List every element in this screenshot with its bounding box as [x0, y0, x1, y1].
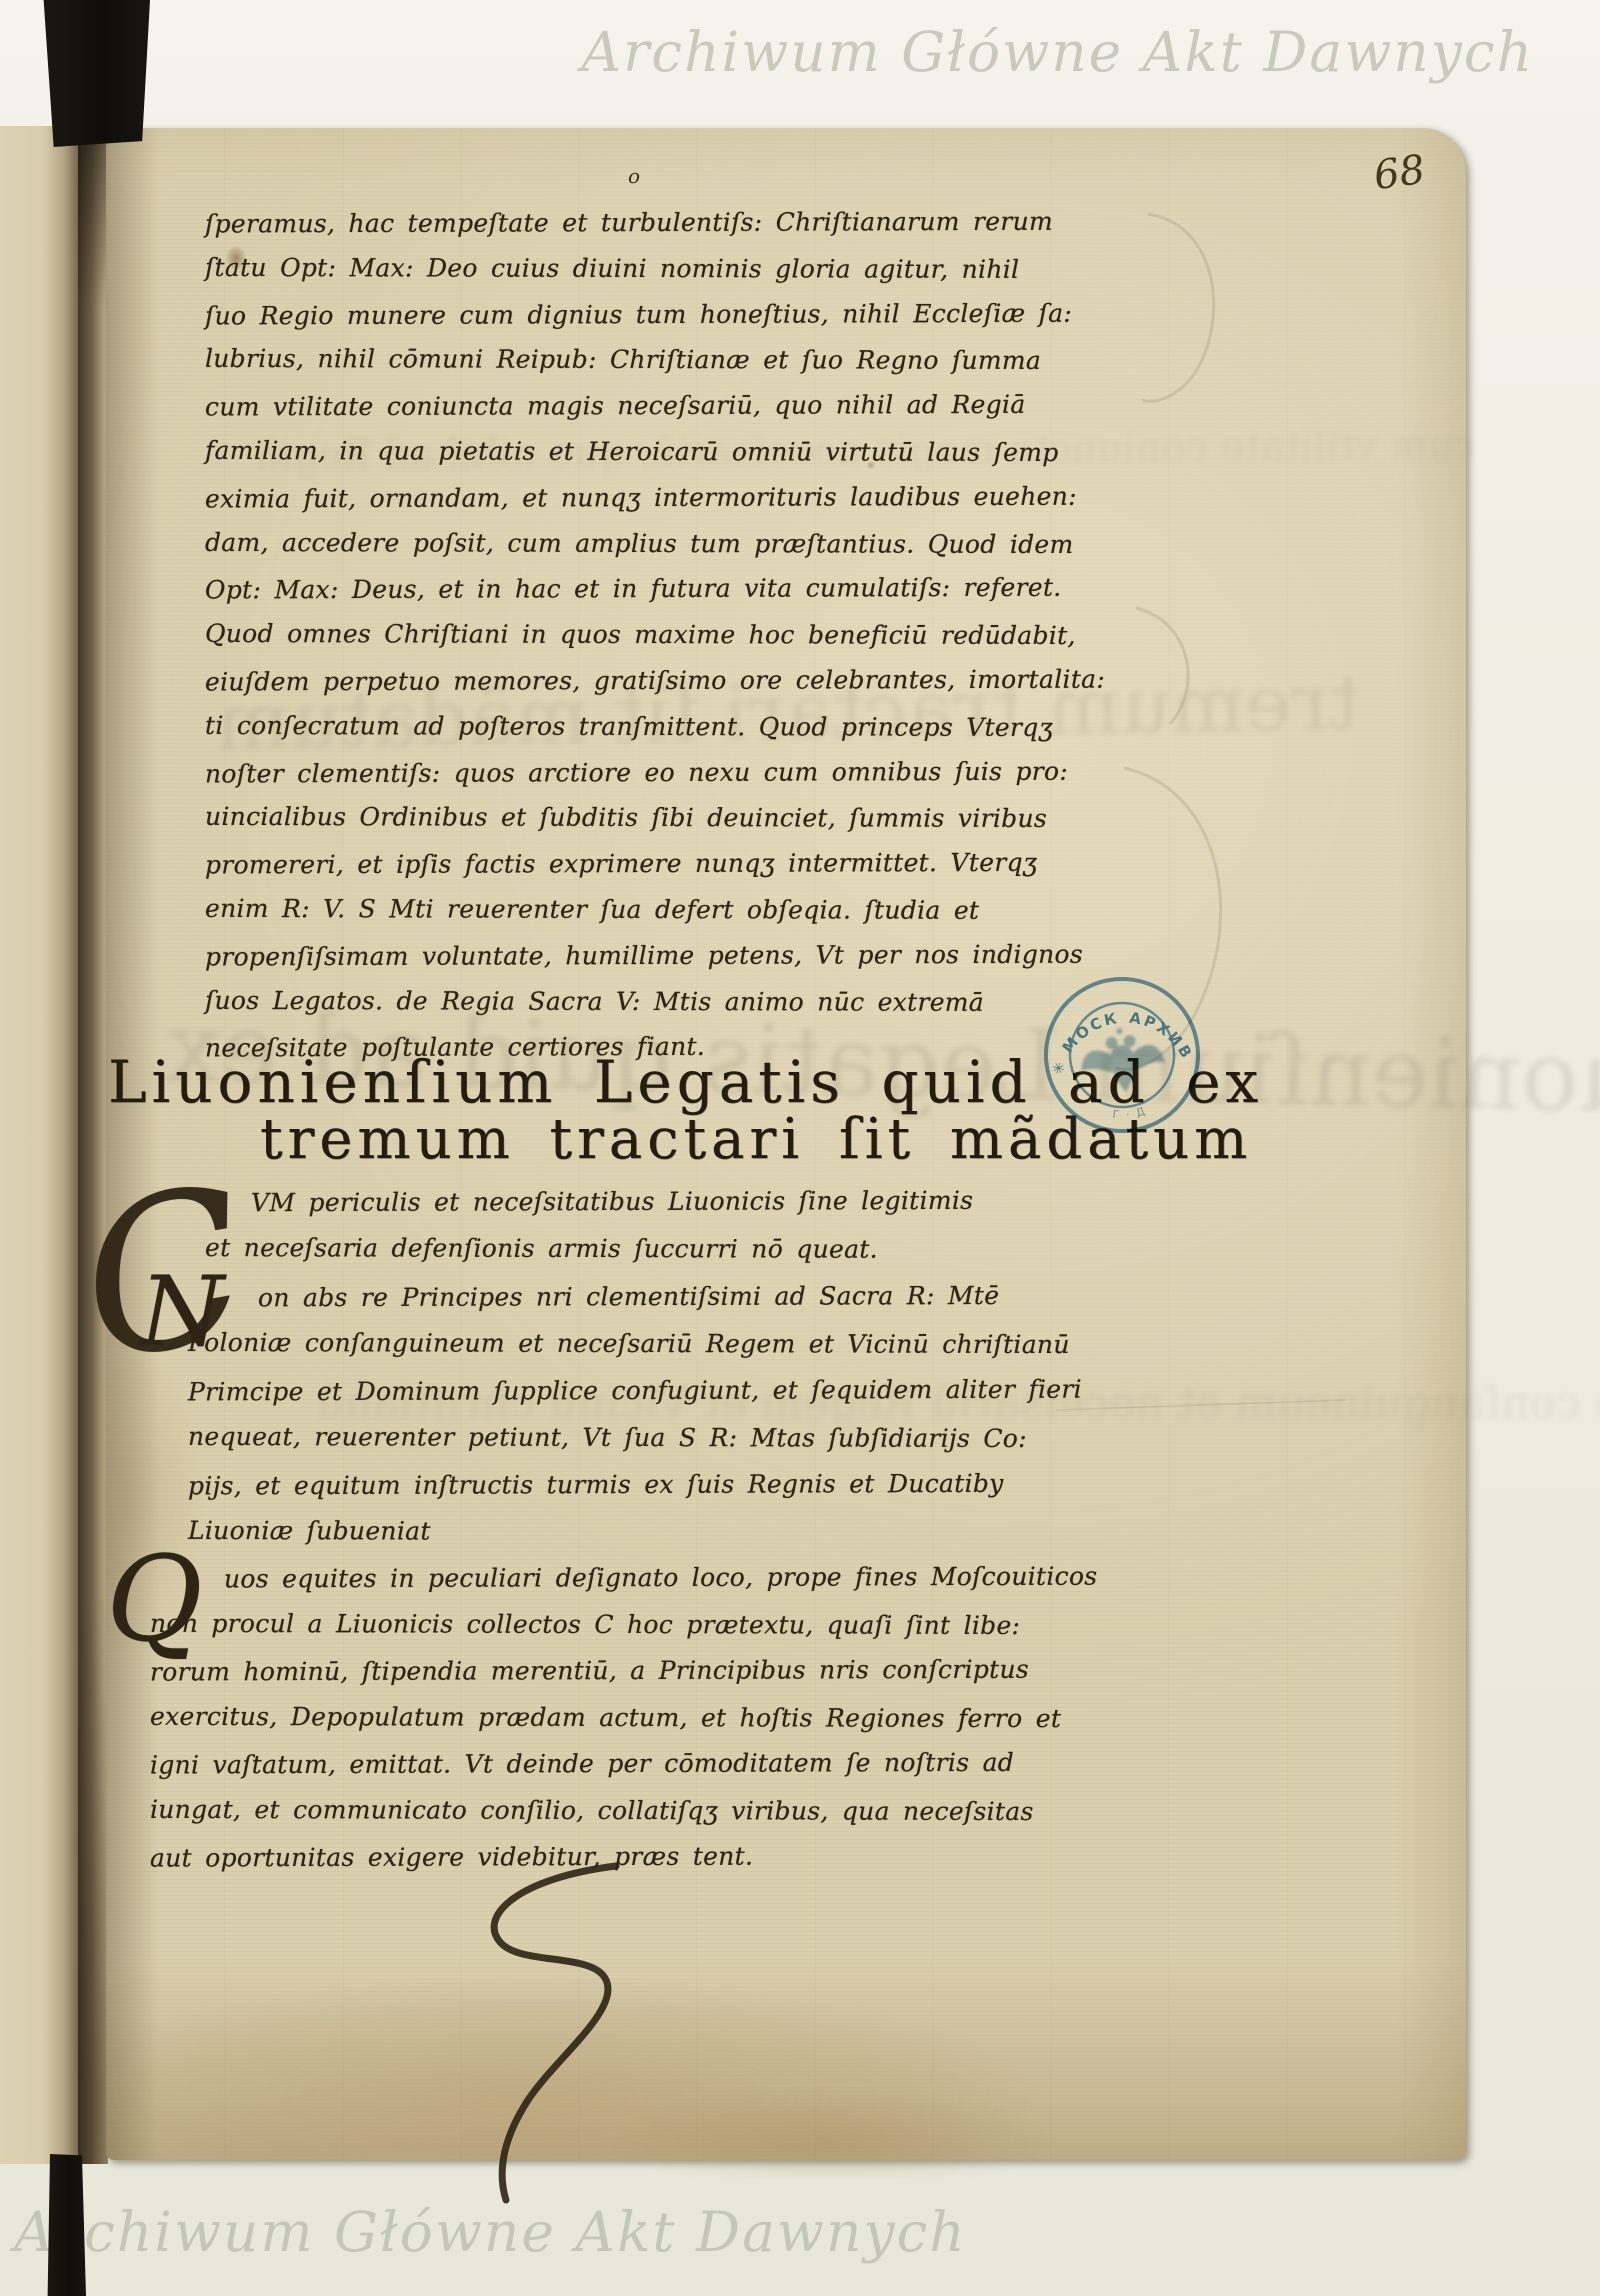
pen-flourish	[398, 1858, 698, 2218]
text-line: VM periculis et neceſsitatibus Liuonicis…	[251, 1177, 973, 1226]
text-line: ſtatu Opt: Max: Deo cuius diuini nominis…	[205, 245, 1105, 293]
text-line: eiuſdem perpetuo memores, gratiſsimo ore…	[205, 657, 1105, 706]
archive-stamp: ✳ МОСК АРХИВЪ ✳ Г · Д	[1029, 962, 1216, 1149]
paragraph-cum: VM periculis et neceſsitatibus Liuonicis…	[205, 1178, 973, 1272]
text-line: noſter clementiſs: quos arctiore eo nexu…	[205, 748, 1105, 797]
text-line: Poloniæ conſanguineum et neceſsariū Rege…	[188, 1319, 1082, 1368]
facing-page-edge	[0, 126, 78, 2164]
manuscript-page: cum vtilitate coniuncta magis neceſsariū…	[106, 128, 1466, 2160]
text-line: lubrius, nihil cōmuni Reipub: Chriſtianæ…	[205, 336, 1105, 384]
text-line: non procul a Liuonicis collectos C hoc p…	[150, 1600, 1098, 1649]
text-line: enim R: V. S Mti reuerenter ſua defert o…	[205, 886, 1105, 934]
watermark-top: Archiwum Główne Akt Dawnych	[581, 20, 1534, 84]
book-gutter	[78, 126, 108, 2164]
text-line: propenſiſsimam voluntate, humillime pete…	[205, 931, 1105, 980]
binding-strap-bottom	[46, 2154, 86, 2296]
binding-strap-top	[38, 0, 150, 147]
text-line: Quod omnes Chriſtiani in quos maxime hoc…	[205, 611, 1105, 659]
text-line: exercitus, Depopulatum prædam actum, et …	[150, 1693, 1098, 1742]
text-line: cum vtilitate coniuncta magis neceſsariū…	[205, 382, 1105, 431]
folio-number: 68	[1371, 147, 1428, 200]
text-line: familiam, in qua pietatis et Heroicarū o…	[205, 428, 1105, 476]
text-line: igni vaſtatum, emittat. Vt deinde per cō…	[150, 1740, 1098, 1789]
text-line: promereri, et ipſis factis exprimere nun…	[205, 840, 1105, 889]
manuscript-scan: cum vtilitate coniuncta magis neceſsariū…	[0, 0, 1600, 2296]
text-line: ſperamus, hac tempeſtate et turbulentiſs…	[205, 199, 1105, 248]
text-line: ſuo Regio munere cum dignius tum honeſti…	[205, 290, 1105, 339]
text-line: pijs, et equitum inſtructis turmis ex ſu…	[188, 1460, 1082, 1510]
text-line: ti conſecratum ad poſteros tranſmittent.…	[205, 703, 1105, 751]
text-line: rorum hominū, ſtipendia merentiū, a Prin…	[150, 1647, 1098, 1696]
text-line: dam, accedere poſsit, cum amplius tum pr…	[205, 519, 1105, 567]
paragraph-non: on abs re Principes nri clementiſsimi ad…	[188, 1273, 1082, 1555]
text-line: et neceſsaria defenſionis armis ſuccurri…	[205, 1224, 973, 1273]
text-line: Primcipe et Dominum ſupplice confugiunt,…	[188, 1366, 1082, 1416]
watermark-bottom: Archiwum Główne Akt Dawnych	[14, 2200, 967, 2264]
text-line: on abs re Principes nri clementiſsimi ad…	[258, 1272, 1082, 1322]
text-line: Opt: Max: Deus, et in hac et in futura v…	[205, 565, 1105, 614]
text-line: uos equites in peculiari deſignato loco,…	[224, 1554, 1098, 1603]
latin-text-block: ſperamus, hac tempeſtate et turbulentiſs…	[205, 200, 1105, 1070]
text-line: eximia fuit, ornandam, et nunqʒ intermor…	[205, 473, 1105, 522]
text-line: Liuoniæ ſubueniat	[188, 1507, 1082, 1556]
text-line: ſuos Legatos. de Regia Sacra V: Mtis ani…	[205, 977, 1105, 1025]
text-line: uincialibus Ordinibus et ſubditis ſibi d…	[205, 794, 1105, 842]
paragraph-quos: uos equites in peculiari deſignato loco,…	[150, 1555, 1097, 1881]
text-line: nequeat, reuerenter petiunt, Vt ſua S R:…	[188, 1413, 1082, 1462]
corner-mark: o	[628, 164, 640, 188]
text-line: iungat, et communicato conſilio, collati…	[150, 1786, 1098, 1835]
